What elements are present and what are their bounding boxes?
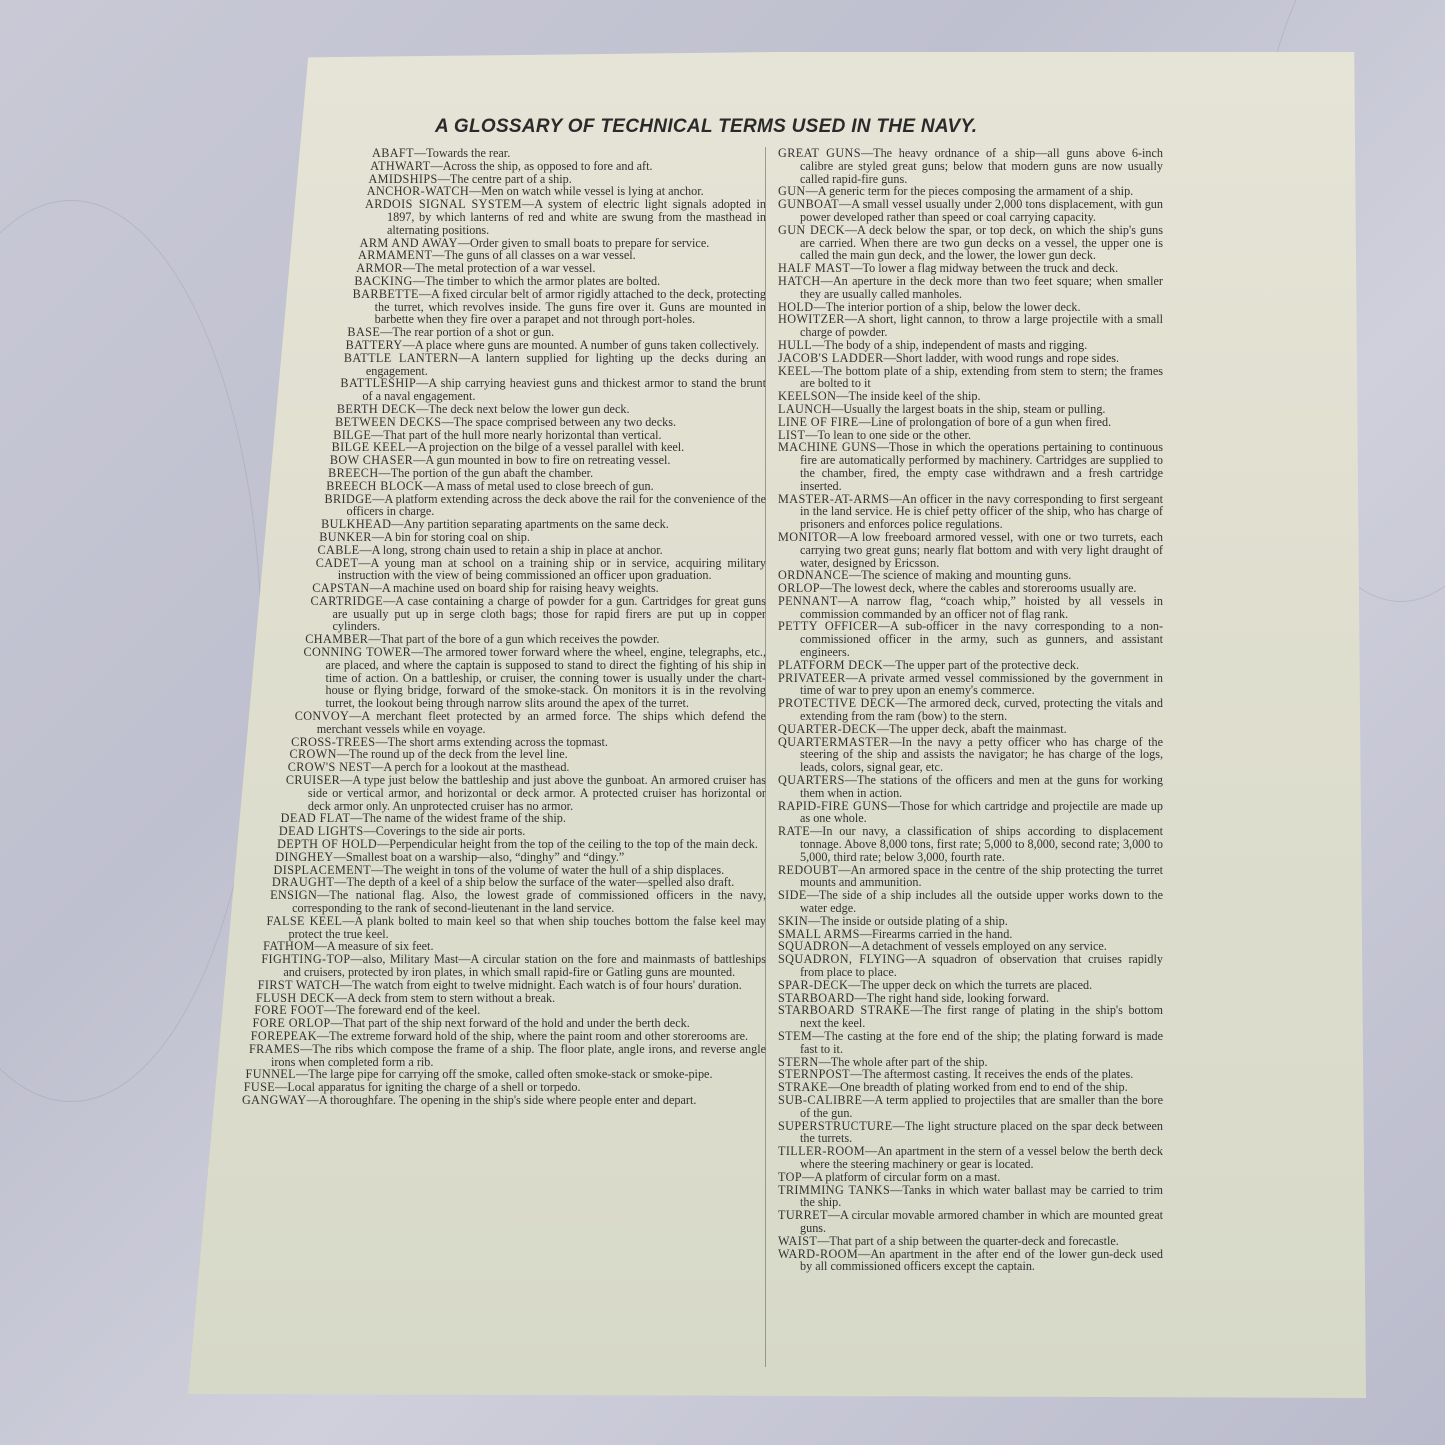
em-dash-separator: — xyxy=(307,1093,319,1107)
marble-vein xyxy=(0,200,262,1102)
glossary-entry: PRIVATEER—A private armed vessel commiss… xyxy=(778,672,1163,698)
glossary-left-column: ABAFT—Towards the rear.ATHWART—Across th… xyxy=(372,147,744,1107)
glossary-entry: RAPID-FIRE GUNS—Those for which cartridg… xyxy=(778,800,1163,826)
glossary-entry: STEM—The casting at the fore end of the … xyxy=(778,1030,1163,1056)
em-dash-separator: — xyxy=(459,351,471,365)
glossary-entry: REDOUBT—An armored space in the centre o… xyxy=(778,864,1163,890)
glossary-definition: The side of a ship includes all the outs… xyxy=(800,888,1163,915)
glossary-definition: The casting at the fore end of the ship;… xyxy=(800,1029,1163,1056)
glossary-entry: BATTLE LANTERN—A lantern supplied for li… xyxy=(344,352,766,378)
em-dash-separator: — xyxy=(888,799,900,813)
glossary-definition: A circular movable armored chamber in wh… xyxy=(800,1208,1163,1235)
glossary-entry: SUB-CALIBRE—A term applied to projectile… xyxy=(778,1094,1163,1120)
glossary-term: GANGWAY xyxy=(242,1093,307,1107)
glossary-entry: WARD-ROOM—An apartment in the after end … xyxy=(778,1248,1163,1274)
glossary-definition: The bottom plate of a ship, extending fr… xyxy=(800,364,1163,391)
glossary-definition: An aperture in the deck more than two fe… xyxy=(800,274,1163,301)
glossary-entry: BATTLESHIP—A ship carrying heaviest guns… xyxy=(340,377,766,403)
em-dash-separator: — xyxy=(905,952,917,966)
glossary-entry: MONITOR—A low freeboard armored vessel, … xyxy=(778,531,1163,569)
glossary-entry: BRIDGE—A platform extending across the d… xyxy=(324,493,766,519)
glossary-entry: ENSIGN—The national flag. Also, the lowe… xyxy=(270,889,766,915)
em-dash-separator: — xyxy=(893,1119,905,1133)
glossary-definition: A narrow flag, “coach whip,” hoisted by … xyxy=(800,594,1163,621)
em-dash-separator: — xyxy=(910,1003,922,1017)
glossary-definition: A young man at school on a training ship… xyxy=(338,556,766,583)
glossary-entry: HATCH—An aperture in the deck more than … xyxy=(778,275,1163,301)
glossary-definition: The national flag. Also, the lowest grad… xyxy=(292,888,766,915)
glossary-entry: GUN DECK—A deck below the spar, or top d… xyxy=(778,224,1163,262)
glossary-entry: ARDOIS SIGNAL SYSTEM—A system of electri… xyxy=(365,198,766,236)
glossary-definition: A plank bolted to main keel so that when… xyxy=(289,914,766,941)
glossary-entry: PROTECTIVE DECK—The armored deck, curved… xyxy=(778,697,1163,723)
glossary-definition: A low freeboard armored vessel, with one… xyxy=(800,530,1163,570)
glossary-entry: SQUADRON, FLYING—A squadron of observati… xyxy=(778,953,1163,979)
glossary-definition: In our navy, a classification of ships a… xyxy=(800,824,1163,864)
glossary-definition: A small vessel usually under 2,000 tons … xyxy=(800,197,1163,224)
glossary-entry: PETTY OFFICER—A sub-officer in the navy … xyxy=(778,620,1163,658)
glossary-definition: A type just below the battleship and jus… xyxy=(308,773,766,813)
glossary-entry: CARTRIDGE—A case containing a charge of … xyxy=(310,595,766,633)
page-title: A GLOSSARY OF TECHNICAL TERMS USED IN TH… xyxy=(435,116,1095,138)
glossary-entry: PENNANT—A narrow flag, “coach whip,” hoi… xyxy=(778,595,1163,621)
glossary-entry: GANGWAY—A thoroughfare. The opening in t… xyxy=(242,1094,766,1107)
glossary-entry: CADET—A young man at school on a trainin… xyxy=(316,557,766,583)
glossary-entry: QUARTERMASTER—In the navy a petty office… xyxy=(778,736,1163,774)
glossary-right-column: GREAT GUNS—The heavy ordnance of a ship—… xyxy=(778,147,1163,1273)
glossary-entry: GREAT GUNS—The heavy ordnance of a ship—… xyxy=(778,147,1163,185)
em-dash-separator: — xyxy=(862,1093,874,1107)
glossary-definition: A case containing a charge of powder for… xyxy=(332,594,766,634)
glossary-entry: MASTER-AT-ARMS—An officer in the navy co… xyxy=(778,493,1163,531)
glossary-definition: An armored space in the centre of the sh… xyxy=(800,863,1163,890)
glossary-entry: RATE—In our navy, a classification of sh… xyxy=(778,825,1163,863)
glossary-entry: MACHINE GUNS—Those in which the operatio… xyxy=(778,441,1163,492)
em-dash-separator: — xyxy=(890,1183,902,1197)
glossary-entry: GUNBOAT—A small vessel usually under 2,0… xyxy=(778,198,1163,224)
glossary-entry: KEEL—The bottom plate of a ship, extendi… xyxy=(778,365,1163,391)
glossary-definition: A fixed circular belt of armor rigidly a… xyxy=(375,287,766,327)
glossary-entry: TRIMMING TANKS—Tanks in which water ball… xyxy=(778,1184,1163,1210)
glossary-entry: CRUISER—A type just below the battleship… xyxy=(286,774,766,812)
glossary-definition: The ribs which compose the frame of a sh… xyxy=(271,1042,766,1069)
column-divider xyxy=(765,147,766,1367)
glossary-definition: A thoroughfare. The opening in the ship'… xyxy=(319,1093,697,1107)
glossary-entry: TILLER-ROOM—An apartment in the stern of… xyxy=(778,1145,1163,1171)
glossary-definition: A merchant fleet protected by an armed f… xyxy=(317,709,766,736)
glossary-entry: SUPERSTRUCTURE—The light structure place… xyxy=(778,1120,1163,1146)
glossary-entry: QUARTERS—The stations of the officers an… xyxy=(778,774,1163,800)
glossary-entry: HOWITZER—A short, light cannon, to throw… xyxy=(778,313,1163,339)
glossary-entry: TURRET—A circular movable armored chambe… xyxy=(778,1209,1163,1235)
glossary-entry: STARBOARD STRAKE—The first range of plat… xyxy=(778,1004,1163,1030)
glossary-entry: BARBETTE—A fixed circular belt of armor … xyxy=(353,288,766,326)
glossary-entry: FIGHTING-TOP—also, Military Mast—A circu… xyxy=(261,953,766,979)
glossary-entry: SIDE—The side of a ship includes all the… xyxy=(778,889,1163,915)
glossary-entry: CONNING TOWER—The armored tower forward … xyxy=(303,646,766,710)
em-dash-separator: — xyxy=(828,1208,840,1222)
glossary-definition: A platform extending across the deck abo… xyxy=(346,492,766,519)
glossary-entry: CONVOY—A merchant fleet protected by an … xyxy=(295,710,766,736)
glossary-entry: FALSE KEEL—A plank bolted to main keel s… xyxy=(267,915,766,941)
glossary-entry: FRAMES—The ribs which compose the frame … xyxy=(249,1043,766,1069)
